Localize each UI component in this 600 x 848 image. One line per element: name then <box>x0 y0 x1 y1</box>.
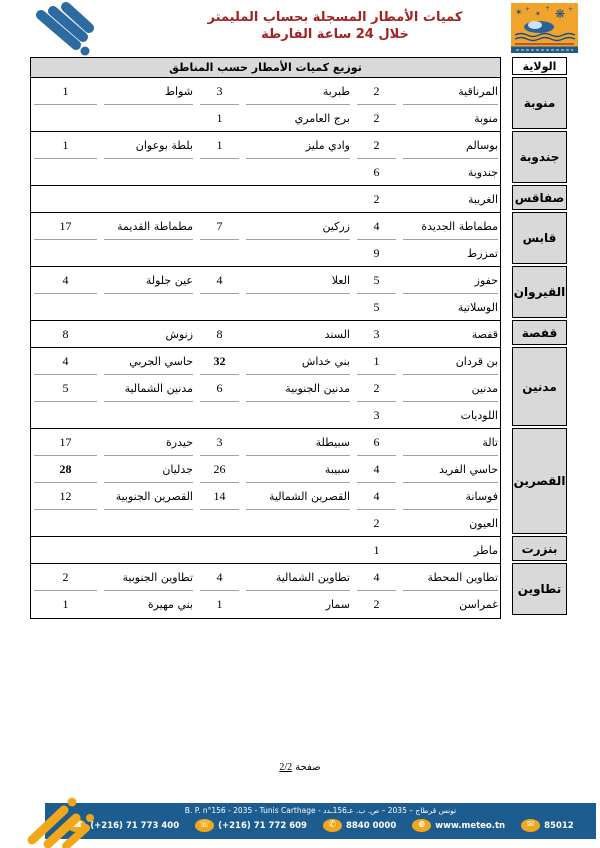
rain-value-cell: 14 <box>200 483 239 510</box>
region-name-cell: بوسالم <box>403 132 498 159</box>
region-name-cell <box>246 537 350 563</box>
region-name-cell: بن قردان <box>403 348 498 375</box>
rain-value-cell: 6 <box>357 429 396 456</box>
region-name-cell <box>104 159 193 185</box>
wilaya-cell: منوبة <box>512 77 567 129</box>
rain-value-cell: 4 <box>34 267 97 294</box>
rain-value-cell: 17 <box>34 429 97 456</box>
region-name-cell <box>246 294 350 320</box>
contact-text: www.meteo.tn <box>435 821 505 831</box>
rain-value-cell: 4 <box>200 564 239 591</box>
rain-value-cell: 2 <box>357 78 396 105</box>
region-name-cell: زركين <box>246 213 350 240</box>
rain-value-cell: 2 <box>357 186 396 212</box>
wilaya-cell: مدنين <box>512 347 567 426</box>
table-row: حاسي الفريد4سبيبة26جدليان28 <box>31 456 500 483</box>
footer-contact: ✆8840 0000 <box>323 819 396 832</box>
region-name-cell: وادي مليز <box>246 132 350 159</box>
contact-text: (+216) 71 772 609 <box>218 821 307 831</box>
table-row: فوسانة4القصرين الشمالية14القصرين الجنوبي… <box>31 483 500 510</box>
region-name-cell <box>104 510 193 536</box>
rain-value-cell: 26 <box>200 456 239 483</box>
rain-value-cell <box>34 402 97 428</box>
rain-value-cell: 8 <box>200 321 239 347</box>
region-name-cell: طبربة <box>246 78 350 105</box>
rain-value-cell: 6 <box>200 375 239 402</box>
footer-address: B. P. n°156 - 2035 - Tunis Carthage - تو… <box>45 806 596 815</box>
wilaya-cell: القصرين <box>512 428 567 534</box>
table-row: الغريبة2 <box>31 186 500 213</box>
svg-text:+: + <box>545 5 550 12</box>
rain-value-cell: 2 <box>357 375 396 402</box>
region-name-cell <box>246 402 350 428</box>
footer-band: B. P. n°156 - 2035 - Tunis Carthage - تو… <box>45 803 596 839</box>
region-name-cell <box>104 294 193 320</box>
rain-value-cell: 4 <box>357 213 396 240</box>
rain-value-cell: 32 <box>200 348 239 375</box>
distribution-header: توزيع كميات الأمطار حسب المناطق <box>31 58 500 78</box>
title-line1: كميات الأمطار المسجلة بحساب المليمتر <box>165 9 505 26</box>
region-name-cell: الغريبة <box>403 186 498 212</box>
table-row: الوسلاتية5 <box>31 294 500 321</box>
region-name-cell: اللوديات <box>403 402 498 428</box>
region-name-cell: حفوز <box>403 267 498 294</box>
svg-text:✶: ✶ <box>535 10 541 18</box>
region-name-cell: حاسي الجربي <box>104 348 193 375</box>
rain-value-cell: 1 <box>34 78 97 105</box>
region-name-cell: فوسانة <box>403 483 498 510</box>
table-row: حفوز5العلا4عين جلولة4 <box>31 267 500 294</box>
rain-value-cell: 2 <box>357 510 396 536</box>
wilaya-cell: القيروان <box>512 266 567 318</box>
rain-value-cell: 5 <box>34 375 97 402</box>
region-name-cell: بني خداش <box>246 348 350 375</box>
region-name-cell: جدليان <box>104 456 193 483</box>
rain-value-cell: 5 <box>357 294 396 320</box>
rain-value-cell <box>200 294 239 320</box>
rain-value-cell: 7 <box>200 213 239 240</box>
region-name-cell: سمار <box>246 591 350 618</box>
table-row: ماطر1 <box>31 537 500 564</box>
contact-text: 85012 <box>544 821 574 831</box>
rain-value-cell <box>34 510 97 536</box>
rain-value-cell <box>200 402 239 428</box>
region-name-cell <box>104 537 193 563</box>
table-row: بن قردان1بني خداش32حاسي الجربي4 <box>31 348 500 375</box>
region-name-cell: بني مهيرة <box>104 591 193 618</box>
svg-text:❋: ❋ <box>555 7 565 21</box>
region-name-cell: تالة <box>403 429 498 456</box>
table-rows: المرناقية2طبربة3شواط1منوبة2برج العامري1ب… <box>31 78 500 618</box>
region-name-cell: زنوش <box>104 321 193 347</box>
fax-icon: ☏ <box>195 819 214 832</box>
region-name-cell: حيدرة <box>104 429 193 456</box>
rain-value-cell: 1 <box>200 105 239 131</box>
rain-value-cell: 4 <box>200 267 239 294</box>
wilaya-cell: تطاوين <box>512 563 567 615</box>
rain-value-cell <box>34 537 97 563</box>
region-name-cell: ماطر <box>403 537 498 563</box>
rain-value-cell: 8 <box>34 321 97 347</box>
region-name-cell: قفصة <box>403 321 498 347</box>
region-name-cell: مدنين <box>403 375 498 402</box>
wilaya-cell: قفصة <box>512 320 567 345</box>
svg-text:✶: ✶ <box>515 8 523 18</box>
rain-value-cell: 17 <box>34 213 97 240</box>
rain-value-cell <box>34 294 97 320</box>
rain-value-cell: 12 <box>34 483 97 510</box>
rainfall-table: الولاية منوبةجندوبةصفاقسقابسالقيروانقفصة… <box>30 57 567 619</box>
wilaya-cell: قابس <box>512 212 567 264</box>
region-name-cell: بلطة بوعوان <box>104 132 193 159</box>
table-row: العيون2 <box>31 510 500 537</box>
report-page: كميات الأمطار المسجلة بحساب المليمتر خلا… <box>0 0 600 848</box>
region-name-cell <box>104 186 193 212</box>
globe-icon: ⊕ <box>412 819 431 832</box>
rain-value-cell <box>200 510 239 536</box>
table-row: اللوديات3 <box>31 402 500 429</box>
wilaya-cell: بنزرت <box>512 536 567 561</box>
region-name-cell <box>104 240 193 266</box>
region-name-cell: شواط <box>104 78 193 105</box>
rain-value-cell <box>200 159 239 185</box>
rain-value-cell: 5 <box>357 267 396 294</box>
region-name-cell: مدنين الجنوبية <box>246 375 350 402</box>
region-name-cell <box>246 510 350 536</box>
rain-value-cell <box>34 186 97 212</box>
rain-value-cell <box>200 240 239 266</box>
region-name-cell: مطماطة الجديدة <box>403 213 498 240</box>
rain-value-cell: 3 <box>200 78 239 105</box>
wilaya-column-header: الولاية <box>512 57 567 75</box>
region-name-cell <box>246 159 350 185</box>
region-name-cell: سبيبة <box>246 456 350 483</box>
page-title: كميات الأمطار المسجلة بحساب المليمتر خلا… <box>165 9 505 43</box>
region-name-cell: برج العامري <box>246 105 350 131</box>
rain-value-cell: 2 <box>357 591 396 618</box>
wilaya-cell: صفاقس <box>512 185 567 210</box>
region-name-cell: العلا <box>246 267 350 294</box>
page-number: صفحة 2/2 <box>0 762 600 773</box>
inm-emblem-icon: ✶ + ✶ + ❋ + <box>511 3 578 57</box>
page-number-value: 2/2 <box>279 762 292 773</box>
wilaya-boxes: منوبةجندوبةصفاقسقابسالقيروانقفصةمدنينالق… <box>512 77 567 617</box>
region-name-cell: القصرين الجنوبية <box>104 483 193 510</box>
region-name-cell: العيون <box>403 510 498 536</box>
region-name-cell: القصرين الشمالية <box>246 483 350 510</box>
region-name-cell: السند <box>246 321 350 347</box>
rain-value-cell: 1 <box>34 132 97 159</box>
region-name-cell <box>104 105 193 131</box>
region-name-cell: مدنين الشمالية <box>104 375 193 402</box>
region-name-cell: مطماطة القديمة <box>104 213 193 240</box>
rain-value-cell <box>34 240 97 266</box>
footer-contact: ⊕www.meteo.tn <box>412 819 505 832</box>
footer-contact: ☏(+216) 71 772 609 <box>195 819 307 832</box>
rain-value-cell: 4 <box>357 564 396 591</box>
rain-value-cell: 1 <box>357 348 396 375</box>
rain-value-cell: 9 <box>357 240 396 266</box>
rain-value-cell: 1 <box>200 591 239 618</box>
table-row: جندوبة6 <box>31 159 500 186</box>
region-name-cell: تطاوين المحطة <box>403 564 498 591</box>
table-row: تالة6سبيطلة3حيدرة17 <box>31 429 500 456</box>
region-name-cell: حاسي الفريد <box>403 456 498 483</box>
rain-value-cell: 3 <box>357 321 396 347</box>
wilaya-column: الولاية منوبةجندوبةصفاقسقابسالقيروانقفصة… <box>512 57 567 619</box>
postal-icon: ✉ <box>521 819 540 832</box>
table-row: تطاوين المحطة4تطاوين الشمالية4تطاوين الج… <box>31 564 500 591</box>
stripes-logo-orange-icon <box>20 790 112 848</box>
title-line2: خلال 24 ساعة الفارطة <box>165 26 505 43</box>
region-name-cell: الوسلاتية <box>403 294 498 320</box>
rain-value-cell: 3 <box>200 429 239 456</box>
table-row: مدنين2مدنين الجنوبية6مدنين الشمالية5 <box>31 375 500 402</box>
region-name-cell: سبيطلة <box>246 429 350 456</box>
region-name-cell: جندوبة <box>403 159 498 185</box>
svg-text:+: + <box>568 6 573 13</box>
region-name-cell: عين جلولة <box>104 267 193 294</box>
rain-value-cell: 1 <box>357 537 396 563</box>
rain-value-cell: 2 <box>357 105 396 131</box>
region-name-cell: تمزرط <box>403 240 498 266</box>
table-row: مطماطة الجديدة4زركين7مطماطة القديمة17 <box>31 213 500 240</box>
region-name-cell: تطاوين الجنوبية <box>104 564 193 591</box>
rain-value-cell <box>34 159 97 185</box>
contact-text: 8840 0000 <box>346 821 396 831</box>
table-row: بوسالم2وادي مليز1بلطة بوعوان1 <box>31 132 500 159</box>
footer-contact: ✉85012 <box>521 819 574 832</box>
rain-value-cell: 4 <box>34 348 97 375</box>
region-name-cell: تطاوين الشمالية <box>246 564 350 591</box>
table-row: تمزرط9 <box>31 240 500 267</box>
callcenter-icon: ✆ <box>323 819 342 832</box>
svg-text:+: + <box>525 6 530 13</box>
region-name-cell <box>104 402 193 428</box>
page-label: صفحة <box>295 762 320 773</box>
region-name-cell: منوبة <box>403 105 498 131</box>
region-name-cell: غمراسن <box>403 591 498 618</box>
rain-value-cell: 2 <box>34 564 97 591</box>
rain-value-cell: 2 <box>357 132 396 159</box>
region-name-cell <box>246 240 350 266</box>
stripes-logo-icon <box>26 2 106 62</box>
rain-value-cell <box>200 186 239 212</box>
region-name-cell <box>246 186 350 212</box>
rain-value-cell: 6 <box>357 159 396 185</box>
rain-value-cell <box>34 105 97 131</box>
wilaya-cell: جندوبة <box>512 131 567 183</box>
footer-contacts: ☎(+216) 71 773 400☏(+216) 71 772 609✆884… <box>45 819 596 832</box>
table-row: قفصة3السند8زنوش8 <box>31 321 500 348</box>
rain-value-cell: 4 <box>357 483 396 510</box>
rain-value-cell: 1 <box>200 132 239 159</box>
table-row: المرناقية2طبربة3شواط1 <box>31 78 500 105</box>
regions-table: توزيع كميات الأمطار حسب المناطق المرناقي… <box>30 57 501 619</box>
table-row: غمراسن2سمار1بني مهيرة1 <box>31 591 500 618</box>
rain-value-cell: 3 <box>357 402 396 428</box>
table-row: منوبة2برج العامري1 <box>31 105 500 132</box>
rain-value-cell: 28 <box>34 456 97 483</box>
rain-value-cell <box>200 537 239 563</box>
region-name-cell: المرناقية <box>403 78 498 105</box>
rain-value-cell: 4 <box>357 456 396 483</box>
rain-value-cell: 1 <box>34 591 97 618</box>
